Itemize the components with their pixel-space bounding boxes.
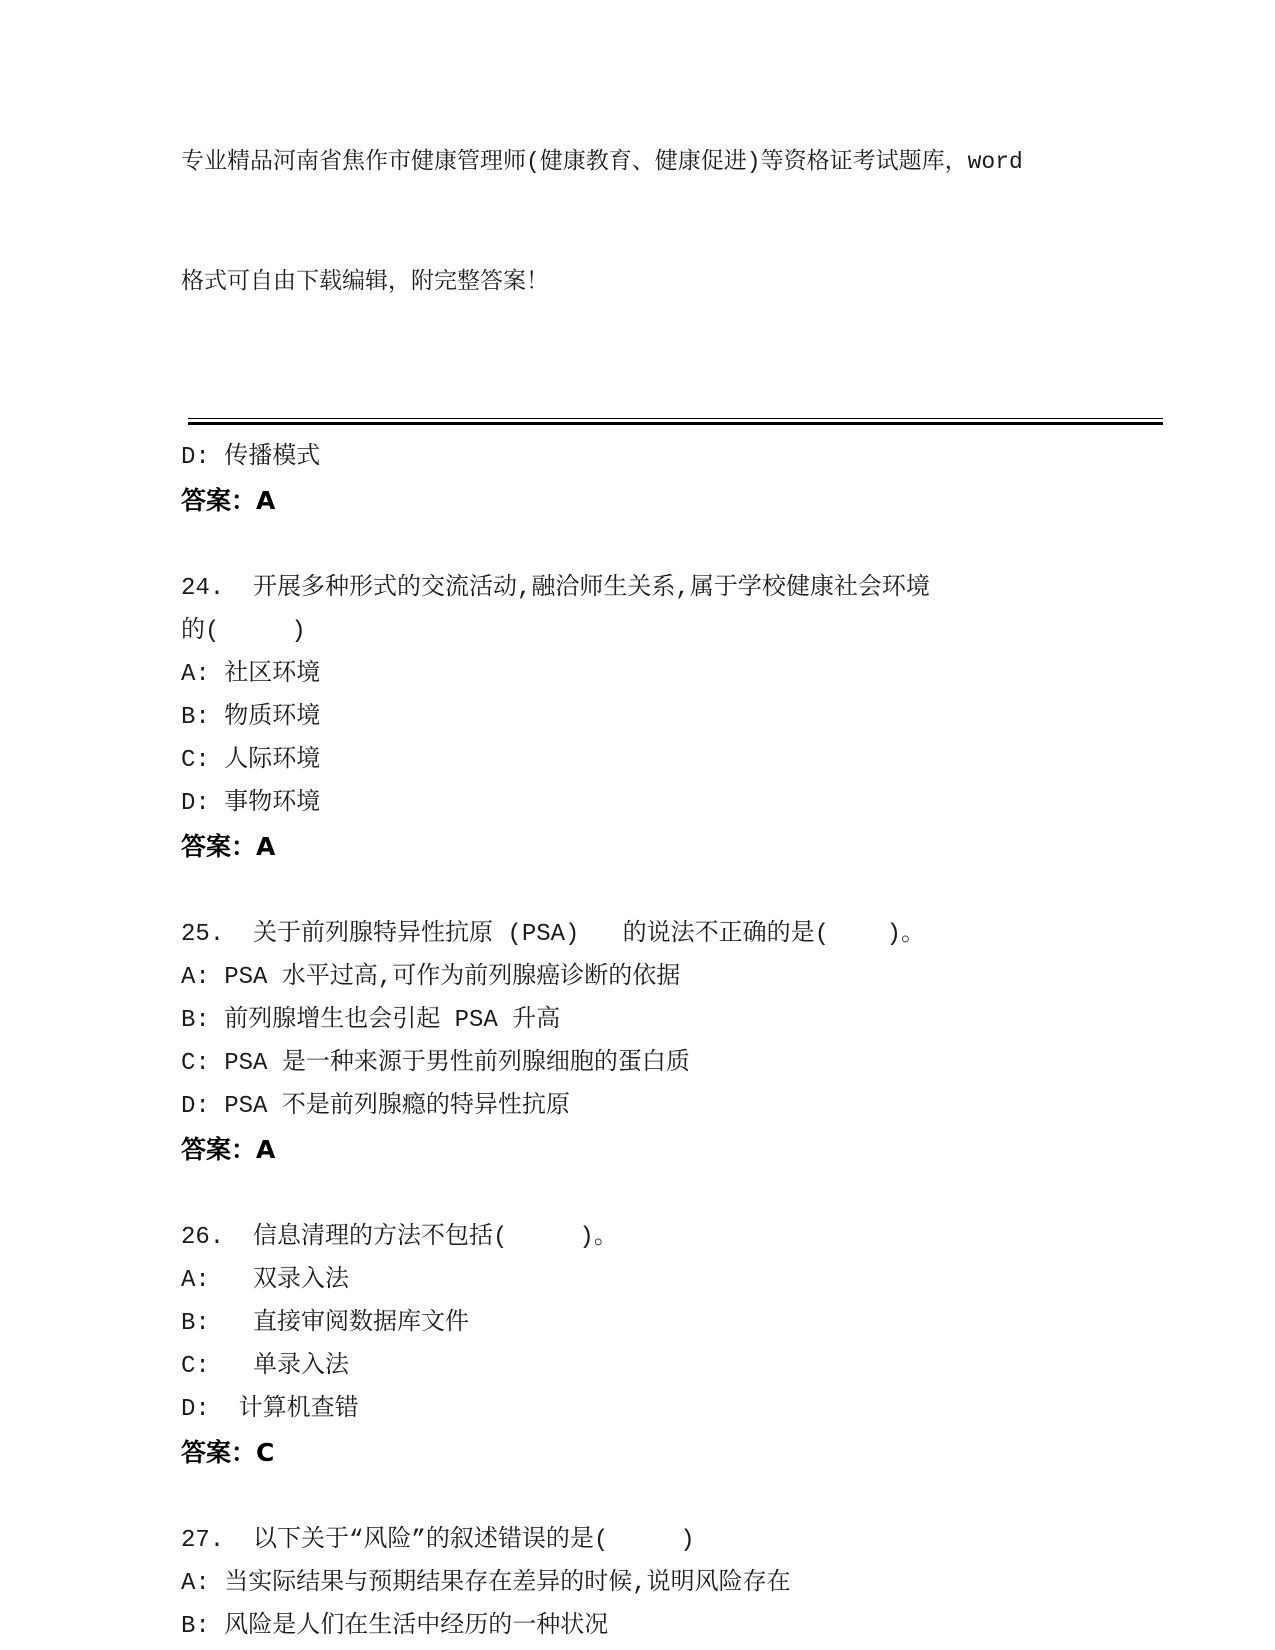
question-stem-line: 24. 开展多种形式的交流活动,融洽师生关系,属于学校健康社会环境 <box>181 567 1175 610</box>
question-26: 26. 信息清理的方法不包括( )。 A: 双录入法 B: 直接审阅数据库文件 … <box>181 1216 1175 1474</box>
answer-line: 答案：A <box>181 479 1175 522</box>
option-b-line: B: 前列腺增生也会引起 PSA 升高 <box>181 999 1175 1042</box>
option-b-line: B: 物质环境 <box>181 696 1175 739</box>
question-stem-line: 27. 以下关于“风险”的叙述错误的是( ) <box>181 1519 1175 1562</box>
answer-line: 答案：A <box>181 1128 1175 1171</box>
document-body: D: 传播模式 答案：A 24. 开展多种形式的交流活动,融洽师生关系,属于学校… <box>181 436 1175 1648</box>
option-c-line: C: 单录入法 <box>181 1345 1175 1388</box>
option-d-line: D: 传播模式 <box>181 436 1175 479</box>
answer-line: 答案：C <box>181 1431 1175 1474</box>
question-27: 27. 以下关于“风险”的叙述错误的是( ) A: 当实际结果与预期结果存在差异… <box>181 1519 1175 1648</box>
option-d-line: D: PSA 不是前列腺瘾的特异性抗原 <box>181 1085 1175 1128</box>
option-c-line: C: PSA 是一种来源于男性前列腺细胞的蛋白质 <box>181 1042 1175 1085</box>
option-a-line: A: 社区环境 <box>181 653 1175 696</box>
question-stem-line: 的( ) <box>181 610 1175 653</box>
question-24: 24. 开展多种形式的交流活动,融洽师生关系,属于学校健康社会环境 的( ) A… <box>181 567 1175 868</box>
page-header: 专业精品河南省焦作市健康管理师(健康教育、健康促进)等资格证考试题库，word … <box>181 0 1175 382</box>
header-divider-rule <box>188 418 1163 425</box>
answer-line: 答案：A <box>181 825 1175 868</box>
header-text-line-2: 格式可自由下载编辑，附完整答案！ <box>181 262 1175 302</box>
option-a-line: A: PSA 水平过高,可作为前列腺癌诊断的依据 <box>181 956 1175 999</box>
option-a-line: A: 双录入法 <box>181 1259 1175 1302</box>
question-23-tail: D: 传播模式 答案：A <box>181 436 1175 522</box>
question-stem-line: 25. 关于前列腺特异性抗原 (PSA) 的说法不正确的是( )。 <box>181 913 1175 956</box>
document-page: 专业精品河南省焦作市健康管理师(健康教育、健康促进)等资格证考试题库，word … <box>0 0 1275 1650</box>
question-25: 25. 关于前列腺特异性抗原 (PSA) 的说法不正确的是( )。 A: PSA… <box>181 913 1175 1171</box>
option-b-line: B: 风险是人们在生活中经历的一种状况 <box>181 1605 1175 1648</box>
header-text-line-1: 专业精品河南省焦作市健康管理师(健康教育、健康促进)等资格证考试题库，word <box>181 142 1175 182</box>
option-d-line: D: 事物环境 <box>181 782 1175 825</box>
page-content: 专业精品河南省焦作市健康管理师(健康教育、健康促进)等资格证考试题库，word … <box>0 0 1275 1648</box>
option-b-line: B: 直接审阅数据库文件 <box>181 1302 1175 1345</box>
option-d-line: D: 计算机查错 <box>181 1388 1175 1431</box>
option-a-line: A: 当实际结果与预期结果存在差异的时候,说明风险存在 <box>181 1562 1175 1605</box>
option-c-line: C: 人际环境 <box>181 739 1175 782</box>
question-stem-line: 26. 信息清理的方法不包括( )。 <box>181 1216 1175 1259</box>
